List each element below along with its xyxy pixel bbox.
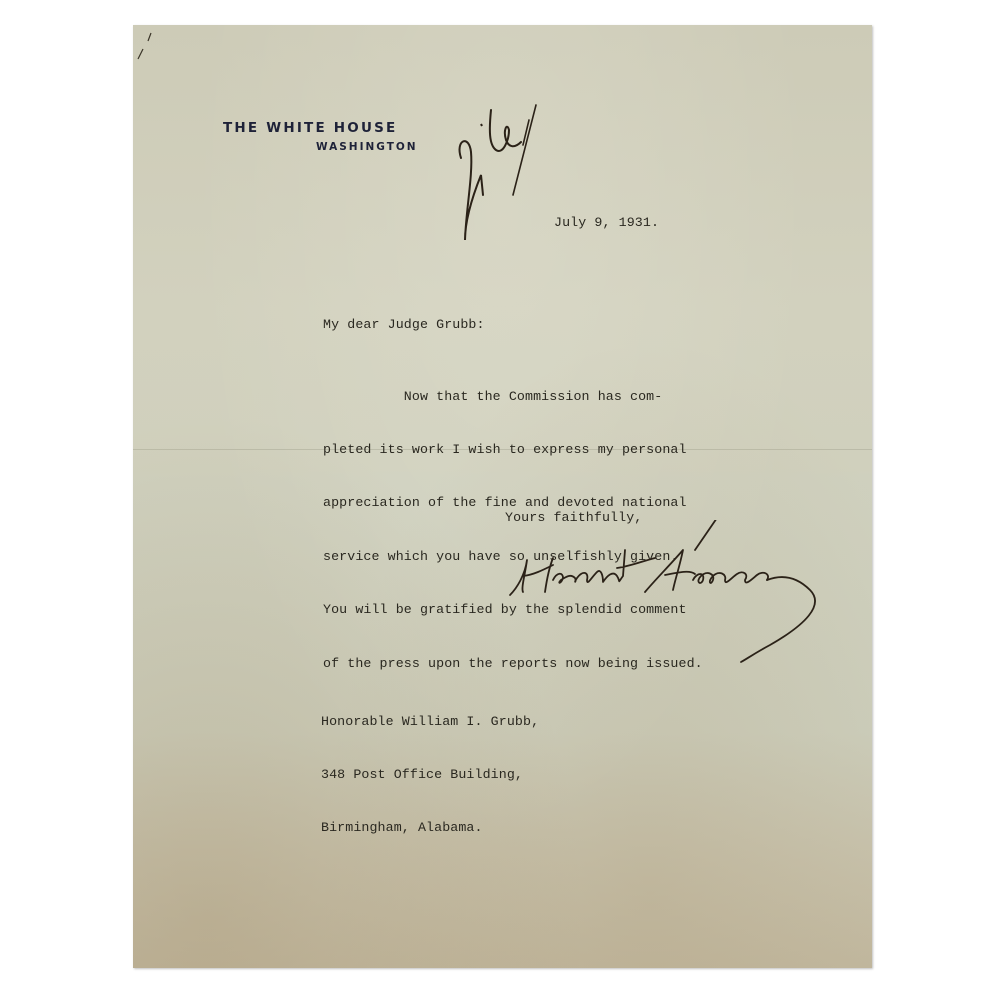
letter-paper: THE WHITE HOUSE WASHINGTON July 9, 1931.… [133,25,872,968]
address-line: Birmingham, Alabama. [321,819,539,837]
recipient-address: Honorable William I. Grubb, 348 Post Off… [321,677,539,873]
letter-date: July 9, 1931. [554,214,659,232]
letterhead-title: THE WHITE HOUSE [223,120,397,136]
body-line: Now that the Commission has com- [323,388,703,406]
body-line: pleted its work I wish to express my per… [323,441,703,459]
salutation: My dear Judge Grubb: [323,316,485,334]
address-line: 348 Post Office Building, [321,766,539,784]
handwritten-file-annotation [451,100,541,250]
letterhead-subtitle: WASHINGTON [316,141,418,153]
signature-herbert-hoover [505,520,835,665]
pencil-mark-icon [135,31,153,61]
address-line: Honorable William I. Grubb, [321,713,539,731]
